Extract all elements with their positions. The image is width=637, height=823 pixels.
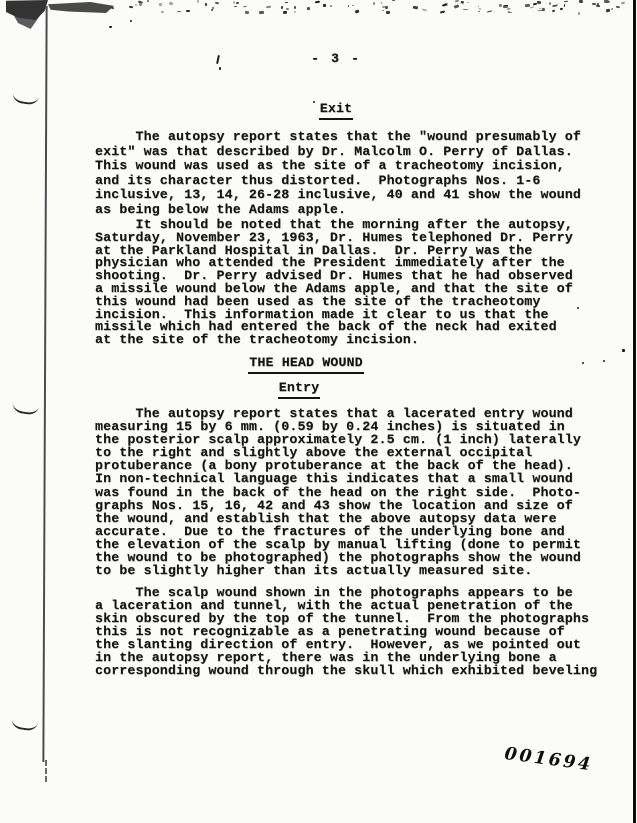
- margin-check-mark: [12, 394, 40, 415]
- typed-line: as being below the Adams apple.: [95, 203, 577, 218]
- noise-speck: [616, 6, 620, 8]
- noise-speck: [549, 2, 551, 5]
- typed-line: to be slightly higher than its actually …: [95, 564, 577, 577]
- noise-speck: [348, 5, 349, 7]
- typed-line: inclusive, 13, 14, 26-28 inclusive, 40 a…: [95, 188, 577, 203]
- noise-blob: [48, 2, 114, 13]
- noise-speck: [161, 11, 165, 14]
- noise-speck: [564, 4, 566, 7]
- section-heading-head-wound-label: THE HEAD WOUND: [248, 355, 363, 374]
- paragraph-entry-2: The scalp wound shown in the photographs…: [95, 586, 577, 677]
- section-heading-head-wound: THE HEAD WOUND: [65, 355, 547, 374]
- noise-blob: [12, 2, 42, 29]
- noise-speck: [386, 11, 390, 14]
- paragraph-exit-1: The autopsy report states that the "woun…: [95, 130, 577, 217]
- noise-speck: [508, 11, 510, 13]
- noise-speck: [382, 10, 385, 12]
- noise-speck: [109, 26, 112, 28]
- noise-speck: [285, 2, 288, 3]
- noise-speck: [259, 11, 264, 14]
- noise-speck: [499, 4, 502, 7]
- paragraph-exit-2: It should be noted that the morning afte…: [95, 219, 577, 347]
- noise-speck: [537, 1, 542, 4]
- noise-speck: [186, 10, 190, 12]
- noise-speck: [603, 360, 605, 362]
- noise-speck: [159, 3, 162, 6]
- page-edge-line-left-tail: [45, 760, 47, 782]
- noise-speck: [479, 8, 482, 10]
- typed-line: exit" was that described by Dr. Malcolm …: [95, 145, 577, 160]
- typed-line: and its character thus distorted. Photog…: [95, 174, 577, 189]
- typed-line: accurate. Due to the fractures of the un…: [95, 525, 577, 538]
- typed-line: at the site of the tracheotomy incision.: [95, 334, 577, 347]
- noise-speck: [286, 8, 289, 10]
- noise-speck: [243, 6, 247, 8]
- typed-line: was found in the back of the head on the…: [95, 486, 577, 499]
- noise-speck: [111, 7, 115, 10]
- noise-speck: [461, 1, 464, 3]
- noise-speck: [266, 6, 271, 8]
- stamp-number: 001694: [503, 744, 594, 775]
- noise-speck: [197, 0, 199, 3]
- noise-speck: [463, 9, 468, 11]
- noise-speck: [392, 0, 395, 2]
- page-number: - 3 -: [95, 51, 577, 66]
- noise-speck: [129, 6, 133, 9]
- typed-line: In non-technical language this indicates…: [95, 472, 577, 485]
- noise-speck: [611, 8, 614, 10]
- noise-speck: [233, 1, 235, 4]
- noise-speck: [454, 4, 459, 8]
- margin-check-mark: [12, 84, 40, 105]
- noise-speck: [177, 11, 181, 13]
- typed-line: The autopsy report states that the "woun…: [95, 130, 577, 145]
- noise-speck: [385, 6, 389, 9]
- noise-speck: [281, 6, 283, 9]
- section-heading-exit-label: Exit: [319, 101, 353, 120]
- page-edge-line-left: [42, 6, 47, 762]
- noise-speck: [538, 10, 543, 11]
- noise-speck: [283, 11, 287, 13]
- noise-speck: [373, 2, 375, 5]
- section-heading-exit: Exit: [95, 101, 577, 120]
- noise-speck: [219, 67, 221, 70]
- noise-speck: [525, 4, 530, 7]
- margin-check-mark: [11, 710, 39, 731]
- noise-speck: [234, 6, 237, 8]
- typed-line: the wound, and establish that the above …: [95, 512, 577, 525]
- noise-speck: [355, 9, 360, 13]
- noise-speck: [307, 7, 310, 10]
- noise-speck: [294, 6, 296, 9]
- noise-speck: [211, 9, 214, 12]
- subsection-heading-entry-label: Entry: [278, 380, 321, 399]
- noise-speck: [578, 12, 580, 15]
- noise-speck: [552, 5, 557, 8]
- noise-speck: [135, 4, 138, 6]
- noise-speck: [413, 6, 418, 9]
- noise-speck: [455, 0, 460, 3]
- noise-speck: [205, 3, 207, 6]
- page-edge-line-right: [633, 0, 636, 823]
- noise-speck: [215, 2, 219, 5]
- paragraph-entry-1: The autopsy report states that a lacerat…: [95, 407, 577, 577]
- noise-speck: [596, 5, 601, 8]
- noise-speck: [130, 20, 132, 22]
- noise-speck: [552, 10, 555, 12]
- typed-line: This wound was used as the site of a tra…: [95, 159, 577, 174]
- typed-line: graphs Nos. 15, 16, 42 and 43 show the l…: [95, 499, 577, 512]
- noise-speck: [422, 8, 427, 11]
- noise-speck: [245, 11, 250, 14]
- scan-noise-band: [0, 0, 637, 34]
- noise-speck: [606, 9, 611, 13]
- noise-speck: [579, 0, 584, 3]
- noise-speck: [236, 2, 239, 4]
- noise-speck: [609, 1, 611, 3]
- noise-speck: [487, 10, 492, 12]
- noise-speck: [621, 1, 626, 4]
- noise-speck: [352, 5, 354, 7]
- noise-speck: [330, 5, 333, 8]
- noise-speck: [169, 1, 174, 5]
- noise-speck: [315, 1, 320, 4]
- noise-speck: [582, 362, 584, 364]
- noise-speck: [381, 2, 383, 4]
- noise-speck: [147, 0, 149, 2]
- typed-line: corresponding wound through the skull wh…: [95, 664, 577, 677]
- scanned-document-page: - 3 - Exit The autopsy report states tha…: [0, 0, 637, 823]
- noise-speck: [478, 11, 480, 12]
- noise-speck: [577, 307, 579, 309]
- subsection-heading-entry: Entry: [58, 380, 540, 399]
- noise-speck: [560, 8, 563, 11]
- noise-speck: [467, 2, 469, 3]
- noise-speck: [294, 11, 297, 14]
- noise-speck: [564, 1, 568, 3]
- noise-speck: [530, 7, 534, 9]
- noise-speck: [622, 349, 625, 352]
- noise-speck: [503, 5, 508, 8]
